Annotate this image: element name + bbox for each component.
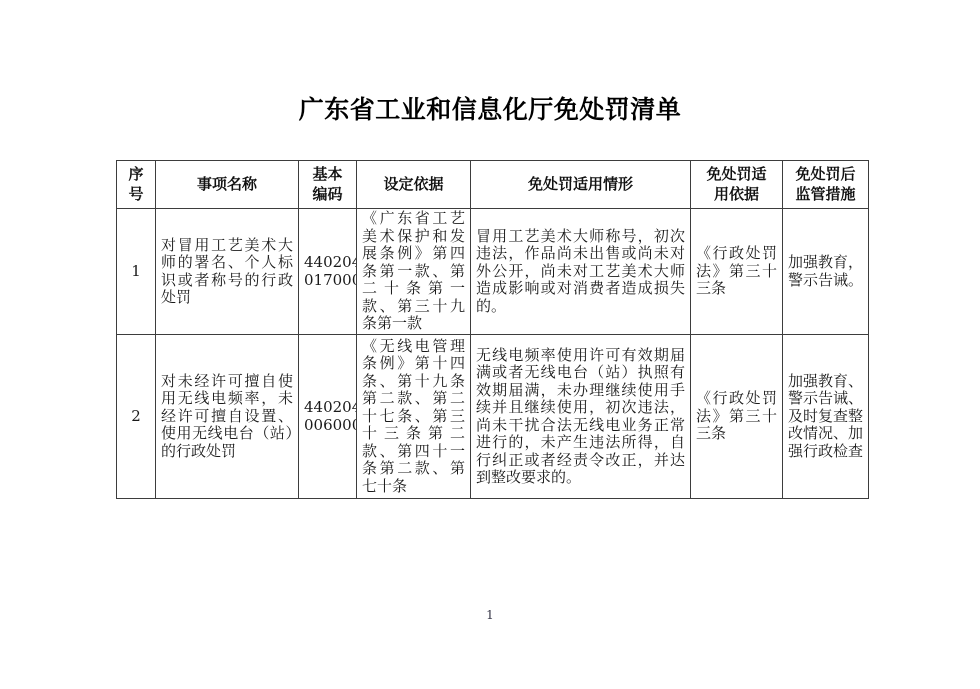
header-item-name: 事项名称 [156, 161, 299, 209]
cell-supervision-measures: 加强教育、警示告诫、及时复查整改情况、加强行政检查 [783, 335, 869, 499]
table-row: 2 对未经许可擅自使用无线电频率，未经许可擅自设置、使用无线电台（站）的行政处罚… [117, 335, 869, 499]
document-page: { "page": { "title": "广东省工业和信息化厅免处罚清单", … [0, 0, 980, 689]
header-serial-number: 序 号 [117, 161, 156, 209]
cell-serial-number: 2 [117, 335, 156, 499]
cell-legal-basis: 《广东省工艺美术保护和发展条例》第四条第一款、第二十条第一款、第三十九条第一款 [357, 209, 471, 335]
cell-basic-code: 440204 017000 [299, 209, 357, 335]
cell-legal-basis: 《无线电管理条例》第十四条、第十九条第二款、第二十七条、第三十三条第二款、第四十… [357, 335, 471, 499]
header-legal-basis: 设定依据 [357, 161, 471, 209]
header-basic-code: 基本 编码 [299, 161, 357, 209]
header-exemption-basis: 免处罚适 用依据 [691, 161, 783, 209]
cell-basic-code: 440204 006000 [299, 335, 357, 499]
header-exemption-circumstances: 免处罚适用情形 [471, 161, 691, 209]
cell-supervision-measures: 加强教育，警示告诫。 [783, 209, 869, 335]
page-number: 1 [0, 608, 980, 622]
cell-exemption-circumstances: 无线电频率使用许可有效期届满或者无线电台（站）执照有效期届满，未办理继续使用手续… [471, 335, 691, 499]
table-header-row: 序 号 事项名称 基本 编码 设定依据 免处罚适用情形 免处罚适 用依据 免处罚… [117, 161, 869, 209]
cell-exemption-circumstances: 冒用工艺美术大师称号，初次违法，作品尚未出售或尚未对外公开，尚未对工艺美术大师造… [471, 209, 691, 335]
cell-exemption-basis: 《行政处罚法》第三十三条 [691, 335, 783, 499]
cell-item-name: 对冒用工艺美术大师的署名、个人标识或者称号的行政处罚 [156, 209, 299, 335]
header-supervision-measures: 免处罚后 监管措施 [783, 161, 869, 209]
page-title: 广东省工业和信息化厅免处罚清单 [0, 90, 980, 126]
cell-exemption-basis: 《行政处罚法》第三十三条 [691, 209, 783, 335]
table-row: 1 对冒用工艺美术大师的署名、个人标识或者称号的行政处罚 440204 0170… [117, 209, 869, 335]
cell-item-name: 对未经许可擅自使用无线电频率，未经许可擅自设置、使用无线电台（站）的行政处罚 [156, 335, 299, 499]
exemption-list-table: 序 号 事项名称 基本 编码 设定依据 免处罚适用情形 免处罚适 用依据 免处罚… [116, 160, 869, 499]
cell-serial-number: 1 [117, 209, 156, 335]
